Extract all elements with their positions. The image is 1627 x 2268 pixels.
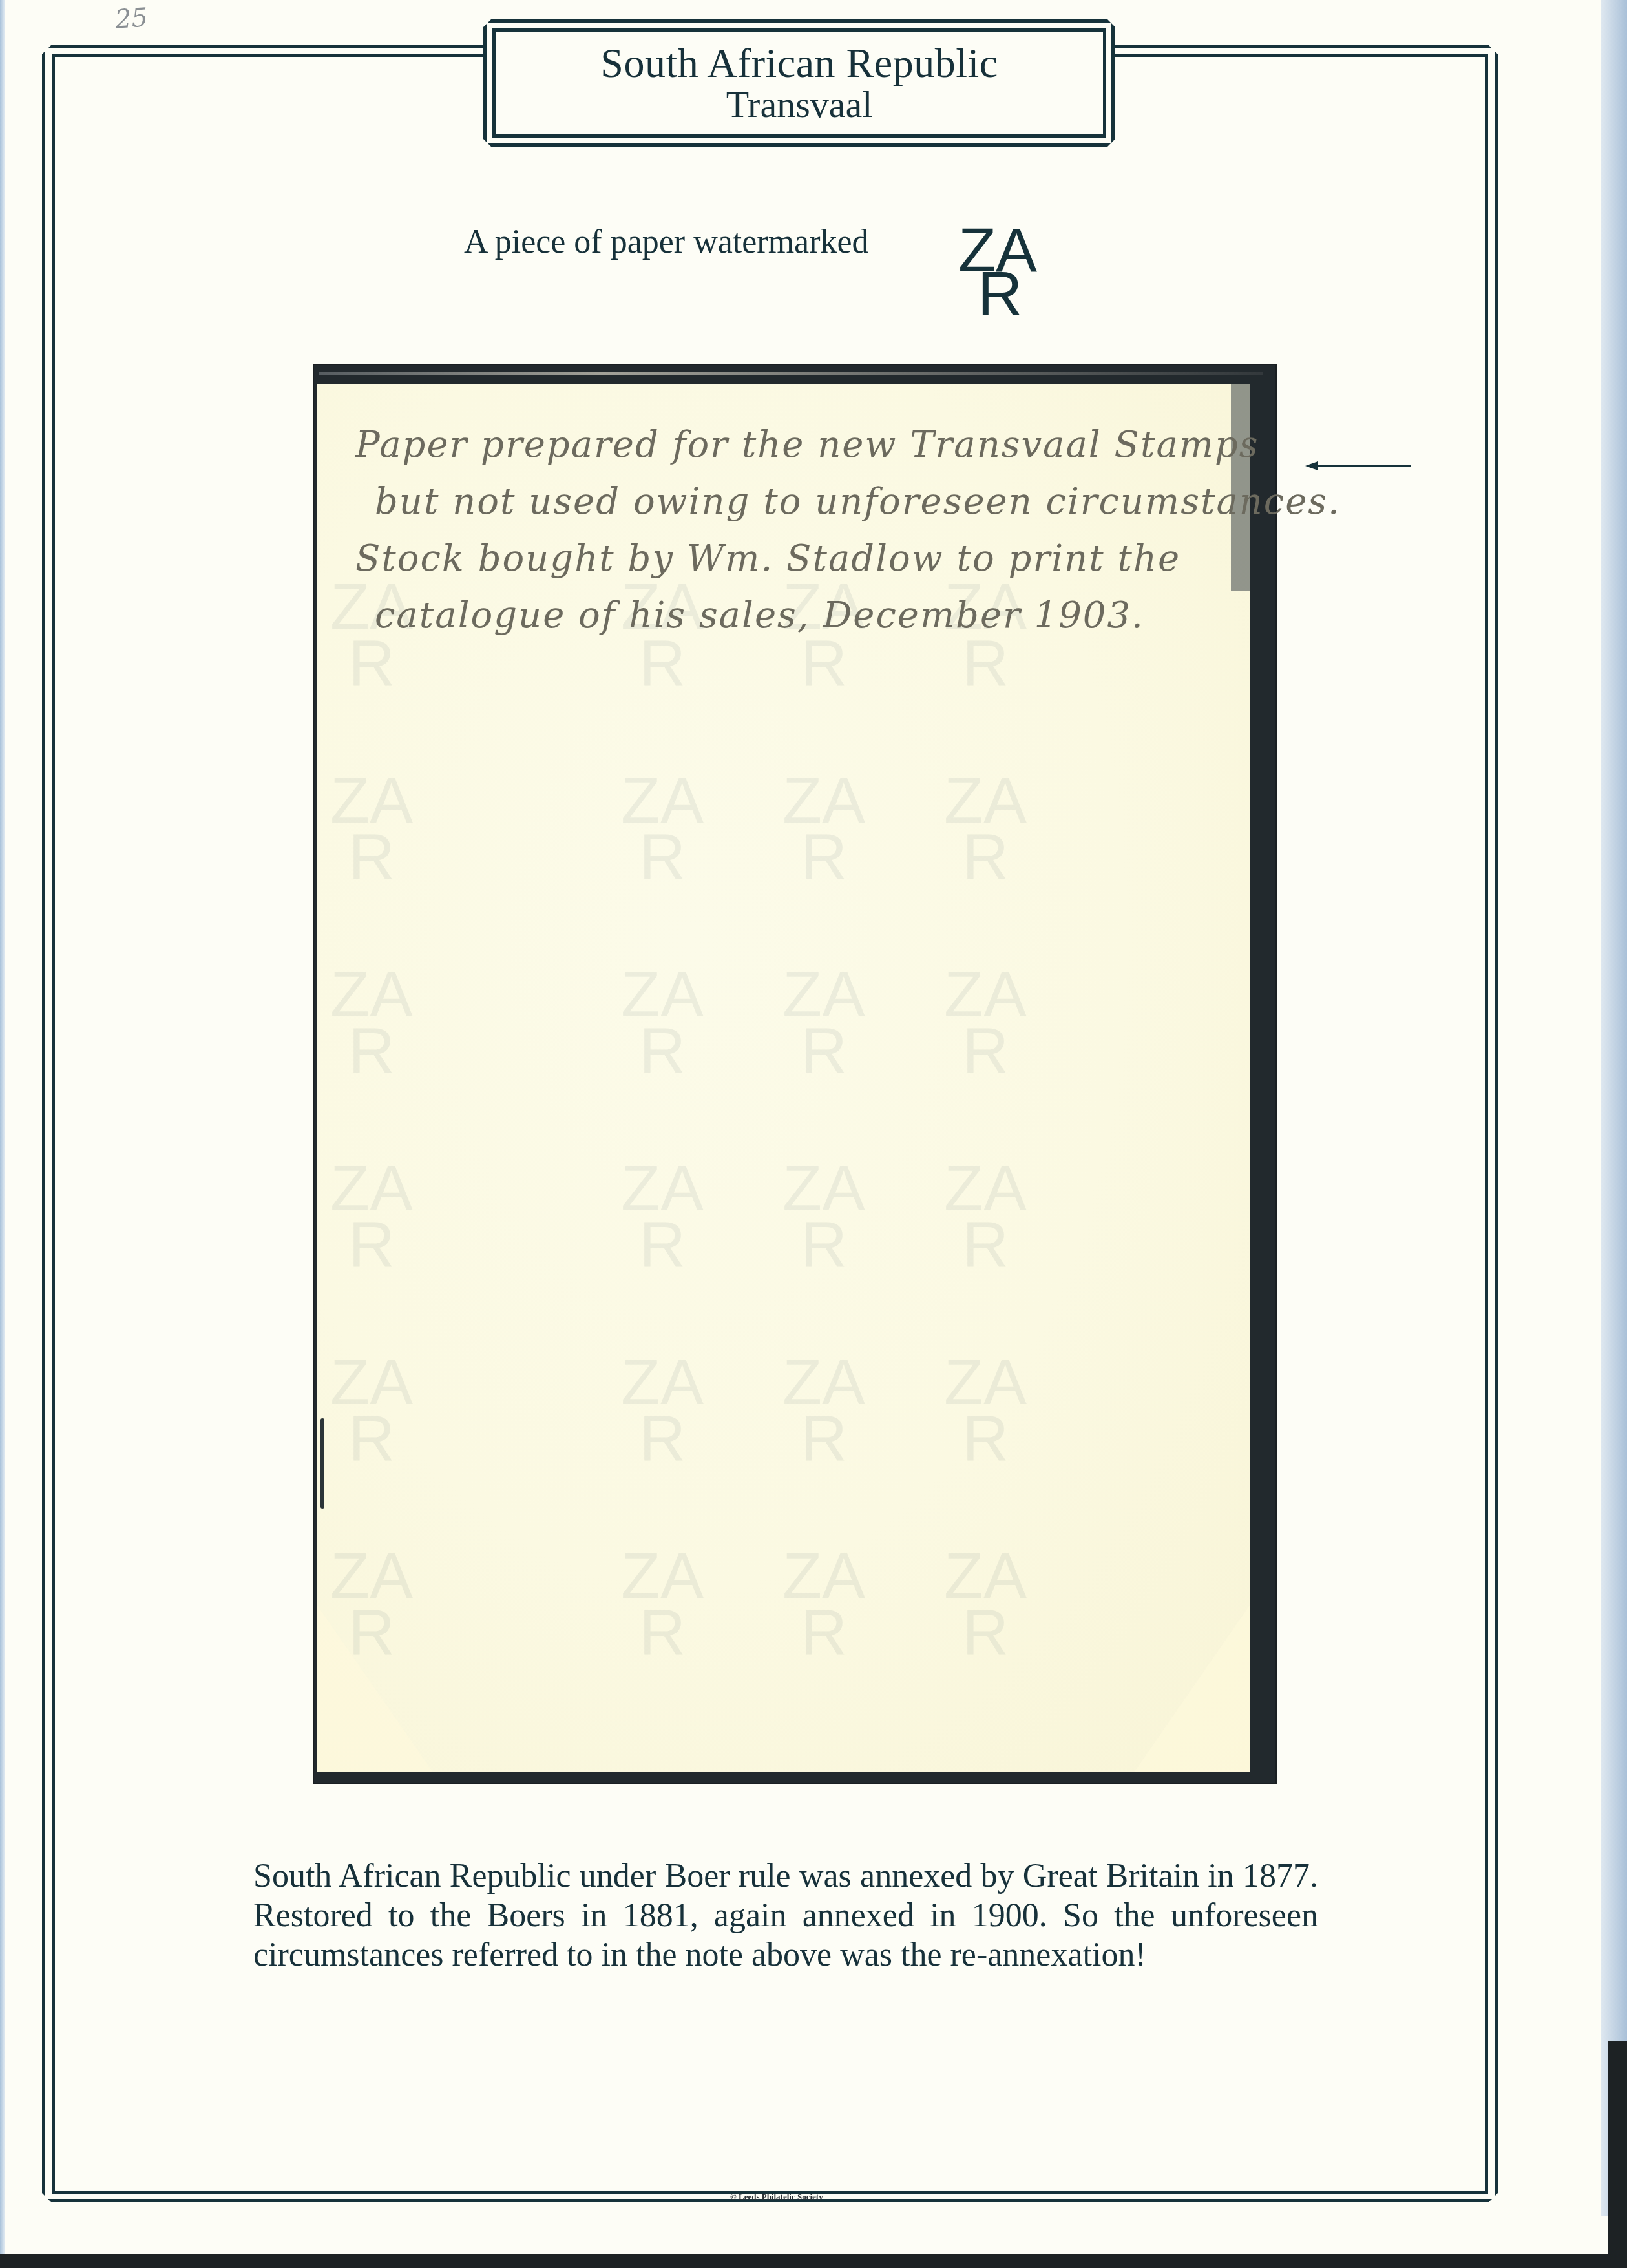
paper-watermark: ZAR bbox=[930, 966, 1040, 1080]
paper-watermark: ZAR bbox=[930, 772, 1040, 886]
handwritten-line: Stock bought by Wm. Stadlow to print the bbox=[355, 530, 1254, 587]
paper-watermark: ZAR bbox=[317, 1354, 426, 1467]
paper-watermark: ZAR bbox=[769, 1160, 879, 1274]
mount-glare bbox=[319, 372, 1263, 375]
paper-watermark: ZAR bbox=[317, 1160, 426, 1274]
zar-watermark-glyph: Z A R bbox=[958, 220, 1062, 323]
paper-watermark: ZAR bbox=[317, 772, 426, 886]
arrow-left-icon bbox=[1305, 459, 1412, 472]
paper-watermark: ZAR bbox=[607, 966, 717, 1080]
paper-watermark: ZAR bbox=[769, 966, 879, 1080]
handwritten-line: but not used owing to unforeseen circums… bbox=[355, 474, 1254, 530]
scan-edge-right bbox=[1601, 0, 1627, 2216]
scan-edge-corner bbox=[1608, 2041, 1627, 2254]
watermark-letter-r: R bbox=[978, 264, 1022, 326]
paper-watermark: ZAR bbox=[607, 1548, 717, 1661]
paper-watermark: ZAR bbox=[930, 1160, 1040, 1274]
paper-watermark: ZAR bbox=[607, 1354, 717, 1467]
stamp-mount: ZARZARZARZARZARZARZARZARZARZARZARZARZARZ… bbox=[313, 364, 1277, 1784]
paper-watermark: ZAR bbox=[930, 1548, 1040, 1661]
description-paragraph: South African Republic under Boer rule w… bbox=[253, 1856, 1318, 1975]
paper-edge-mark bbox=[320, 1418, 324, 1509]
paper-watermark: ZAR bbox=[769, 772, 879, 886]
paper-watermark: ZAR bbox=[769, 1548, 879, 1661]
scan-edge-bottom bbox=[0, 2254, 1627, 2268]
handwritten-note: Paper prepared for the new Transvaal Sta… bbox=[355, 417, 1254, 644]
page-subtitle: Transvaal bbox=[496, 86, 1103, 123]
paper-watermark: ZAR bbox=[930, 1354, 1040, 1467]
paper-watermark: ZAR bbox=[317, 966, 426, 1080]
title-plate: South African Republic Transvaal bbox=[483, 19, 1115, 147]
paper-watermark: ZAR bbox=[607, 1160, 717, 1274]
scan-edge-left bbox=[0, 0, 5, 2268]
copyright-notice: © Leeds Philatelic Society bbox=[730, 2192, 823, 2202]
handwritten-line: Paper prepared for the new Transvaal Sta… bbox=[355, 417, 1254, 474]
paper-watermark: ZAR bbox=[769, 1354, 879, 1467]
watermark-caption: A piece of paper watermarked bbox=[464, 223, 869, 261]
page-number: 25 bbox=[114, 3, 149, 34]
page-title: South African Republic bbox=[496, 41, 1103, 86]
handwritten-line: catalogue of his sales, December 1903. bbox=[355, 587, 1254, 644]
watermarked-paper-sheet: ZARZARZARZARZARZARZARZARZARZARZARZARZARZ… bbox=[317, 384, 1250, 1772]
paper-watermark: ZAR bbox=[607, 772, 717, 886]
